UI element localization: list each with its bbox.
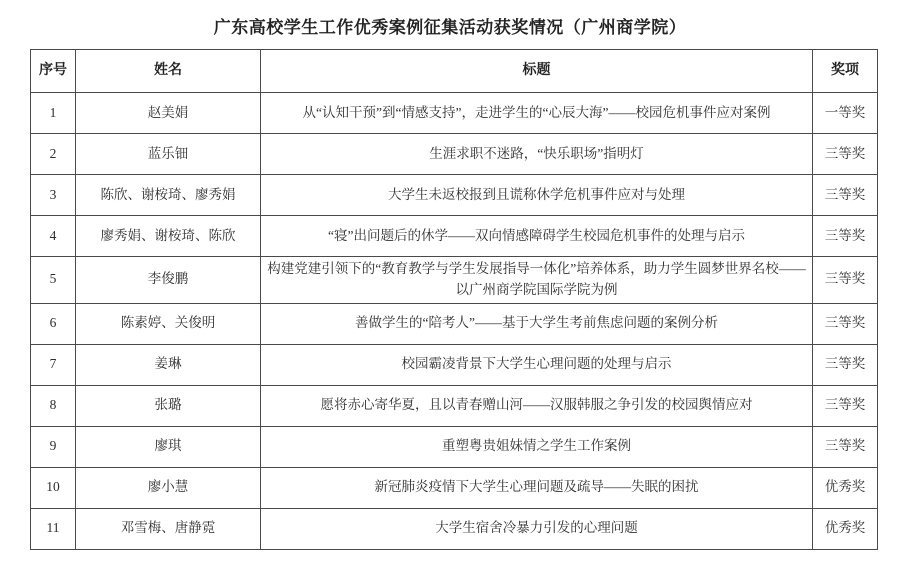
name-cell: 李俊鹏 — [76, 257, 261, 304]
title-cell: 愿将赤心寄华夏，且以青春赠山河——汉服韩服之争引发的校园舆情应对 — [261, 385, 813, 426]
award-cell: 优秀奖 — [813, 508, 878, 549]
table-row: 11 邓雪梅、唐静霓 大学生宿舍冷暴力引发的心理问题 优秀奖 — [31, 508, 878, 549]
award-cell: 一等奖 — [813, 93, 878, 134]
name-cell: 陈欣、谢桉琦、廖秀娟 — [76, 175, 261, 216]
index-cell: 5 — [31, 257, 76, 304]
title-cell: 新冠肺炎疫情下大学生心理问题及疏导——失眠的困扰 — [261, 467, 813, 508]
table-row: 3 陈欣、谢桉琦、廖秀娟 大学生未返校报到且谎称休学危机事件应对与处理 三等奖 — [31, 175, 878, 216]
title-cell: 校园霸凌背景下大学生心理问题的处理与启示 — [261, 344, 813, 385]
table-row: 8 张璐 愿将赤心寄华夏，且以青春赠山河——汉服韩服之争引发的校园舆情应对 三等… — [31, 385, 878, 426]
title-cell: 善做学生的“陪考人”——基于大学生考前焦虑问题的案例分析 — [261, 303, 813, 344]
table-row: 4 廖秀娟、谢桉琦、陈欣 “寝”出问题后的休学——双向情感障碍学生校园危机事件的… — [31, 216, 878, 257]
header-name: 姓名 — [76, 50, 261, 93]
name-cell: 廖秀娟、谢桉琦、陈欣 — [76, 216, 261, 257]
award-cell: 三等奖 — [813, 426, 878, 467]
document-page: 广东高校学生工作优秀案例征集活动获奖情况（广州商学院） 序号 姓名 标题 奖项 … — [0, 0, 900, 578]
name-cell: 张璐 — [76, 385, 261, 426]
award-cell: 三等奖 — [813, 303, 878, 344]
title-cell: 大学生宿舍冷暴力引发的心理问题 — [261, 508, 813, 549]
title-cell: “寝”出问题后的休学——双向情感障碍学生校园危机事件的处理与启示 — [261, 216, 813, 257]
name-cell: 姜琳 — [76, 344, 261, 385]
index-cell: 10 — [31, 467, 76, 508]
header-title: 标题 — [261, 50, 813, 93]
award-cell: 三等奖 — [813, 257, 878, 304]
award-cell: 三等奖 — [813, 175, 878, 216]
award-cell: 优秀奖 — [813, 467, 878, 508]
award-cell: 三等奖 — [813, 385, 878, 426]
name-cell: 廖琪 — [76, 426, 261, 467]
header-index: 序号 — [31, 50, 76, 93]
award-cell: 三等奖 — [813, 216, 878, 257]
table-row: 2 蓝乐钿 生涯求职不迷路，“快乐职场”指明灯 三等奖 — [31, 134, 878, 175]
index-cell: 2 — [31, 134, 76, 175]
title-cell: 生涯求职不迷路，“快乐职场”指明灯 — [261, 134, 813, 175]
title-cell: 重塑粤贵姐妹情之学生工作案例 — [261, 426, 813, 467]
title-cell: 构建党建引领下的“教育教学与学生发展指导一体化”培养体系，助力学生圆梦世界名校—… — [261, 257, 813, 304]
index-cell: 8 — [31, 385, 76, 426]
index-cell: 11 — [31, 508, 76, 549]
index-cell: 7 — [31, 344, 76, 385]
table-row: 9 廖琪 重塑粤贵姐妹情之学生工作案例 三等奖 — [31, 426, 878, 467]
index-cell: 4 — [31, 216, 76, 257]
name-cell: 廖小慧 — [76, 467, 261, 508]
table-header-row: 序号 姓名 标题 奖项 — [31, 50, 878, 93]
name-cell: 蓝乐钿 — [76, 134, 261, 175]
table-row: 6 陈素婷、关俊明 善做学生的“陪考人”——基于大学生考前焦虑问题的案例分析 三… — [31, 303, 878, 344]
page-title: 广东高校学生工作优秀案例征集活动获奖情况（广州商学院） — [0, 0, 900, 38]
name-cell: 陈素婷、关俊明 — [76, 303, 261, 344]
award-cell: 三等奖 — [813, 344, 878, 385]
title-cell: 从“认知干预”到“情感支持”，走进学生的“心辰大海”——校园危机事件应对案例 — [261, 93, 813, 134]
name-cell: 赵美娟 — [76, 93, 261, 134]
award-cell: 三等奖 — [813, 134, 878, 175]
award-table: 序号 姓名 标题 奖项 1 赵美娟 从“认知干预”到“情感支持”，走进学生的“心… — [30, 49, 878, 550]
title-cell: 大学生未返校报到且谎称休学危机事件应对与处理 — [261, 175, 813, 216]
index-cell: 3 — [31, 175, 76, 216]
name-cell: 邓雪梅、唐静霓 — [76, 508, 261, 549]
table-row: 7 姜琳 校园霸凌背景下大学生心理问题的处理与启示 三等奖 — [31, 344, 878, 385]
table-row: 1 赵美娟 从“认知干预”到“情感支持”，走进学生的“心辰大海”——校园危机事件… — [31, 93, 878, 134]
index-cell: 9 — [31, 426, 76, 467]
table-row: 10 廖小慧 新冠肺炎疫情下大学生心理问题及疏导——失眠的困扰 优秀奖 — [31, 467, 878, 508]
table-row: 5 李俊鹏 构建党建引领下的“教育教学与学生发展指导一体化”培养体系，助力学生圆… — [31, 257, 878, 304]
header-award: 奖项 — [813, 50, 878, 93]
index-cell: 6 — [31, 303, 76, 344]
index-cell: 1 — [31, 93, 76, 134]
